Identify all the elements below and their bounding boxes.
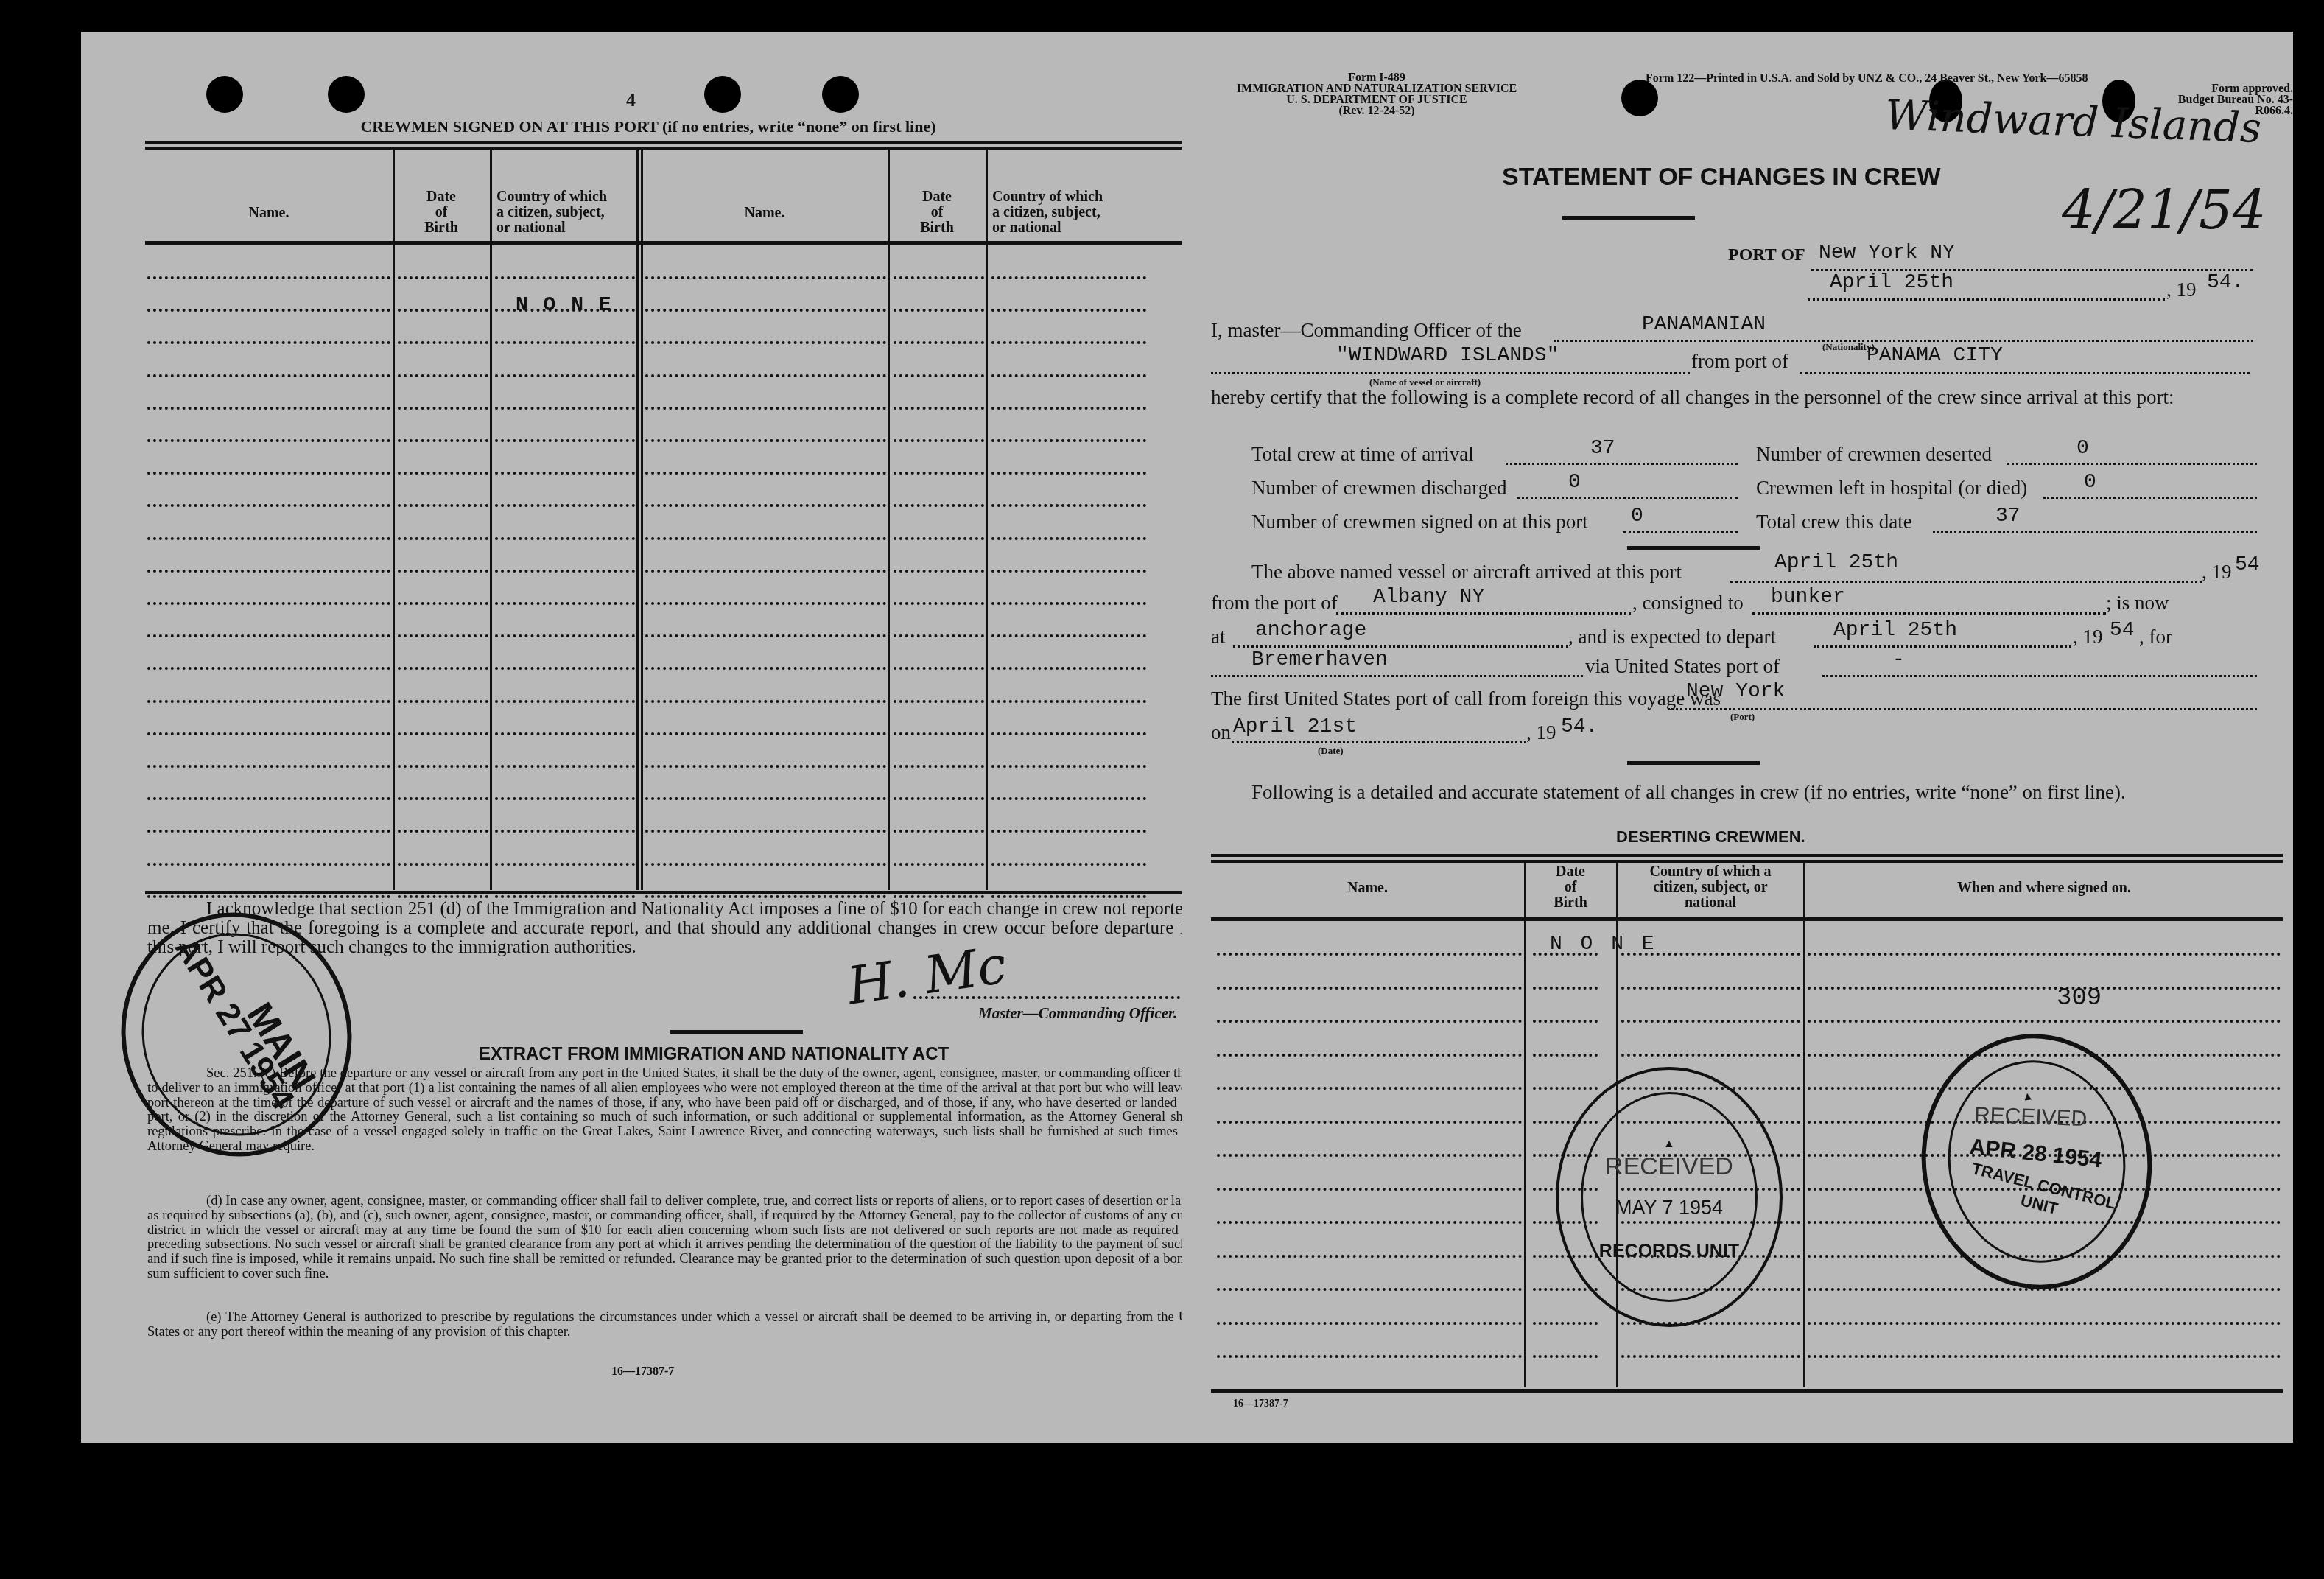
port-value: New York NY	[1819, 242, 1955, 265]
row-dotted-line	[147, 439, 390, 442]
row-dotted-line	[894, 309, 984, 312]
row-dotted-line	[894, 341, 984, 344]
row-dotted-line	[398, 439, 488, 442]
form-header: Form I-489 IMMIGRATION AND NATURALIZATIO…	[1211, 72, 1542, 116]
handwritten-date: 4/21/54	[2062, 179, 2267, 241]
none-entry: N O N E	[516, 294, 613, 317]
deserting-title: DESERTING CREWMEN.	[1616, 827, 1805, 847]
first-port-value: New York	[1686, 680, 1785, 703]
row-dotted-line	[1217, 1221, 1522, 1224]
row-dotted-line	[645, 765, 886, 768]
row-dotted-line	[398, 667, 488, 670]
footer-form-code: 16—17387-7	[611, 1365, 674, 1379]
row-dotted-line	[1533, 987, 1598, 990]
following-text: Following is a detailed and accurate sta…	[1211, 782, 2257, 802]
left-page: 4 CREWMEN SIGNED ON AT THIS PORT (if no …	[81, 32, 1182, 1443]
row-dotted-line	[894, 732, 984, 735]
divider	[1627, 546, 1760, 550]
at-location-value: anchorage	[1255, 619, 1366, 642]
row-dotted-line	[147, 570, 390, 573]
row-dotted-line	[1217, 1322, 1522, 1325]
row-dotted-line	[398, 895, 488, 898]
extract-subsection-d: (d) In case any owner, agent, consignee,…	[147, 1194, 1215, 1282]
row-dotted-line	[645, 276, 886, 279]
row-dotted-line	[147, 341, 390, 344]
row-dotted-line	[398, 407, 488, 410]
row-dotted-line	[894, 863, 984, 866]
first-port-year-value: 54.	[1561, 715, 1598, 738]
row-dotted-line	[495, 472, 635, 475]
row-dotted-line	[1808, 1020, 2281, 1023]
punch-hole	[822, 76, 859, 113]
section-title: CREWMEN SIGNED ON AT THIS PORT (if no en…	[147, 117, 1149, 136]
row-dotted-line	[894, 276, 984, 279]
row-dotted-line	[645, 504, 886, 507]
row-dotted-line	[398, 830, 488, 833]
row-dotted-line	[645, 830, 886, 833]
row-dotted-line	[147, 732, 390, 735]
row-dotted-line	[991, 895, 1146, 898]
row-dotted-line	[894, 439, 984, 442]
punch-hole	[328, 76, 365, 113]
row-dotted-line	[1217, 1288, 1522, 1291]
row-dotted-line	[1621, 987, 1800, 990]
extract-title: EXTRACT FROM IMMIGRATION AND NATIONALITY…	[479, 1044, 949, 1065]
destination-value: Bremerhaven	[1251, 648, 1388, 671]
row-dotted-line	[147, 830, 390, 833]
row-dotted-line	[495, 863, 635, 866]
row-dotted-line	[147, 472, 390, 475]
row-dotted-line	[645, 439, 886, 442]
row-dotted-line	[495, 504, 635, 507]
row-dotted-line	[1533, 1322, 1598, 1325]
row-dotted-line	[991, 830, 1146, 833]
row-dotted-line	[147, 309, 390, 312]
row-dotted-line	[991, 732, 1146, 735]
row-dotted-line	[147, 634, 390, 637]
row-dotted-line	[645, 732, 886, 735]
row-dotted-line	[495, 797, 635, 800]
col-header-country: Country of whicha citizen, subject,or na…	[492, 189, 640, 236]
certify-text: hereby certify that the following is a c…	[1211, 385, 2257, 409]
row-dotted-line	[495, 439, 635, 442]
row-dotted-line	[1217, 1255, 1522, 1258]
col-header-dob-2: DateofBirth	[890, 189, 984, 236]
row-dotted-line	[495, 830, 635, 833]
total-arrival-value: 37	[1590, 437, 1615, 460]
row-dotted-line	[645, 374, 886, 377]
row-dotted-line	[1621, 1355, 1800, 1358]
row-dotted-line	[398, 863, 488, 866]
row-dotted-line	[894, 830, 984, 833]
row-dotted-line	[398, 472, 488, 475]
row-dotted-line	[894, 602, 984, 605]
row-dotted-line	[645, 309, 886, 312]
row-dotted-line	[991, 667, 1146, 670]
row-dotted-line	[495, 341, 635, 344]
signature-caption: Master—Commanding Officer.	[978, 1004, 1177, 1023]
row-dotted-line	[894, 472, 984, 475]
col-header-country: Country of which acitizen, subject, orna…	[1618, 864, 1802, 911]
row-dotted-line	[1533, 953, 1598, 956]
extract-subsection-e: (e) The Attorney General is authorized t…	[147, 1311, 1215, 1340]
row-dotted-line	[645, 407, 886, 410]
row-dotted-line	[991, 863, 1146, 866]
row-dotted-line	[991, 309, 1146, 312]
col-header-name: Name.	[1211, 880, 1524, 896]
row-dotted-line	[495, 570, 635, 573]
via-port-value: -	[1892, 648, 1905, 671]
row-dotted-line	[1217, 987, 1522, 990]
row-dotted-line	[894, 570, 984, 573]
row-dotted-line	[1621, 1020, 1800, 1023]
row-dotted-line	[991, 570, 1146, 573]
row-dotted-line	[1217, 1154, 1522, 1157]
row-dotted-line	[645, 700, 886, 703]
punch-hole	[206, 76, 243, 113]
row-dotted-line	[645, 667, 886, 670]
row-dotted-line	[894, 374, 984, 377]
master-label: I, master—Commanding Officer of the	[1211, 319, 1522, 342]
col-header-when-where: When and where signed on.	[1805, 880, 2283, 896]
row-dotted-line	[398, 732, 488, 735]
nationality-value: PANAMANIAN	[1642, 313, 1766, 336]
row-dotted-line	[495, 700, 635, 703]
row-dotted-line	[147, 374, 390, 377]
statement-year: 54.	[2207, 271, 2244, 294]
total-date-value: 37	[1995, 505, 2021, 528]
col-header-dob: DateofBirth	[1526, 864, 1615, 911]
row-dotted-line	[645, 537, 886, 540]
row-dotted-line	[645, 341, 886, 344]
row-dotted-line	[894, 537, 984, 540]
punch-hole	[704, 76, 741, 113]
row-dotted-line	[147, 407, 390, 410]
from-port-of-value: Albany NY	[1373, 586, 1484, 609]
row-dotted-line	[991, 797, 1146, 800]
row-dotted-line	[495, 765, 635, 768]
row-dotted-line	[991, 765, 1146, 768]
row-dotted-line	[645, 602, 886, 605]
row-dotted-line	[1533, 1355, 1598, 1358]
row-dotted-line	[991, 374, 1146, 377]
row-dotted-line	[147, 667, 390, 670]
row-dotted-line	[398, 504, 488, 507]
row-dotted-line	[1217, 1020, 1522, 1023]
row-dotted-line	[398, 634, 488, 637]
hospital-value: 0	[2084, 471, 2096, 494]
row-dotted-line	[645, 570, 886, 573]
row-dotted-line	[894, 797, 984, 800]
row-dotted-line	[894, 895, 984, 898]
row-dotted-line	[398, 276, 488, 279]
row-dotted-line	[495, 895, 635, 898]
row-dotted-line	[894, 765, 984, 768]
row-dotted-line	[495, 407, 635, 410]
printer-line: Form 122—Printed in U.S.A. and Sold by U…	[1646, 72, 2088, 85]
footer-form-code: 16—17387-7	[1233, 1398, 1288, 1410]
depart-date-value: April 25th	[1833, 619, 1957, 642]
row-dotted-line	[1217, 1188, 1522, 1191]
depart-year-value: 54	[2110, 619, 2135, 642]
row-dotted-line	[991, 472, 1146, 475]
row-dotted-line	[398, 765, 488, 768]
col-header-country-2: Country of whicha citizen, subject,or na…	[988, 189, 1151, 236]
first-port-date-value: April 21st	[1233, 715, 1357, 738]
row-dotted-line	[991, 602, 1146, 605]
row-dotted-line	[1808, 953, 2281, 956]
row-dotted-line	[147, 700, 390, 703]
row-dotted-line	[147, 863, 390, 866]
travel-control-stamp: ▲ RECEIVED APR 28 1954 TRAVEL CONTROL UN…	[1905, 1019, 2168, 1304]
row-dotted-line	[147, 537, 390, 540]
row-dotted-line	[398, 309, 488, 312]
row-dotted-line	[495, 374, 635, 377]
vessel-name-value: "WINDWARD ISLANDS"	[1336, 344, 1559, 367]
row-dotted-line	[495, 634, 635, 637]
row-dotted-line	[398, 570, 488, 573]
row-dotted-line	[1808, 1355, 2281, 1358]
row-dotted-line	[1217, 1355, 1522, 1358]
row-dotted-line	[1217, 953, 1522, 956]
row-dotted-line	[991, 276, 1146, 279]
form-title: STATEMENT OF CHANGES IN CREW	[1502, 163, 1941, 192]
row-dotted-line	[1533, 1087, 1598, 1090]
page-number: 4	[626, 89, 636, 111]
arrived-year-value: 54	[2235, 553, 2260, 576]
records-unit-stamp: ▲ RECEIVED MAY 7 1954 RECORDS UNIT	[1556, 1067, 1783, 1327]
row-dotted-line	[398, 341, 488, 344]
row-dotted-line	[147, 602, 390, 605]
row-dotted-line	[398, 700, 488, 703]
right-page: Form I-489 IMMIGRATION AND NATURALIZATIO…	[1182, 32, 2293, 1443]
row-dotted-line	[894, 700, 984, 703]
row-dotted-line	[1621, 953, 1800, 956]
row-dotted-line	[1621, 1054, 1800, 1057]
row-dotted-line	[991, 700, 1146, 703]
col-header-name-2: Name.	[643, 206, 886, 221]
row-dotted-line	[645, 863, 886, 866]
from-port-label: from port of	[1691, 350, 1788, 373]
row-dotted-line	[894, 504, 984, 507]
row-dotted-line	[147, 797, 390, 800]
row-dotted-line	[495, 537, 635, 540]
row-dotted-line	[645, 472, 886, 475]
arrived-date-value: April 25th	[1774, 551, 1898, 574]
col-header-dob: DateofBirth	[394, 189, 488, 236]
divider	[670, 1030, 803, 1034]
discharged-value: 0	[1568, 471, 1581, 494]
row-dotted-line	[894, 667, 984, 670]
row-dotted-line	[894, 634, 984, 637]
row-dotted-line	[495, 732, 635, 735]
col-header-name: Name.	[147, 206, 390, 221]
row-dotted-line	[1533, 1020, 1598, 1023]
row-dotted-line	[147, 276, 390, 279]
row-dotted-line	[645, 895, 886, 898]
port-label: PORT OF	[1728, 245, 1805, 265]
row-dotted-line	[147, 765, 390, 768]
row-dotted-line	[495, 602, 635, 605]
row-dotted-line	[147, 895, 390, 898]
signed-on-value: 0	[1631, 505, 1643, 528]
row-dotted-line	[894, 407, 984, 410]
row-dotted-line	[991, 634, 1146, 637]
row-dotted-line	[1217, 1121, 1522, 1124]
row-dotted-line	[495, 276, 635, 279]
row-dotted-line	[147, 504, 390, 507]
row-dotted-line	[1533, 1054, 1598, 1057]
row-dotted-line	[398, 602, 488, 605]
row-dotted-line	[398, 537, 488, 540]
row-dotted-line	[495, 309, 635, 312]
row-dotted-line	[645, 634, 886, 637]
row-dotted-line	[991, 407, 1146, 410]
row-dotted-line	[991, 439, 1146, 442]
row-dotted-line	[991, 504, 1146, 507]
row-dotted-line	[398, 374, 488, 377]
row-dotted-line	[645, 797, 886, 800]
row-dotted-line	[1217, 1054, 1522, 1057]
divider	[1562, 216, 1695, 220]
row-dotted-line	[1217, 1087, 1522, 1090]
row-dotted-line	[1808, 1322, 2281, 1325]
consigned-to-value: bunker	[1771, 586, 1845, 609]
row-dotted-line	[495, 667, 635, 670]
row-dotted-line	[991, 341, 1146, 344]
from-port-value: PANAMA CITY	[1867, 344, 2003, 367]
row-dotted-line	[398, 797, 488, 800]
deserted-value: 0	[2076, 437, 2089, 460]
row-dotted-line	[991, 537, 1146, 540]
row-dotted-line	[1808, 987, 2281, 990]
statement-date: April 25th	[1830, 271, 1953, 294]
